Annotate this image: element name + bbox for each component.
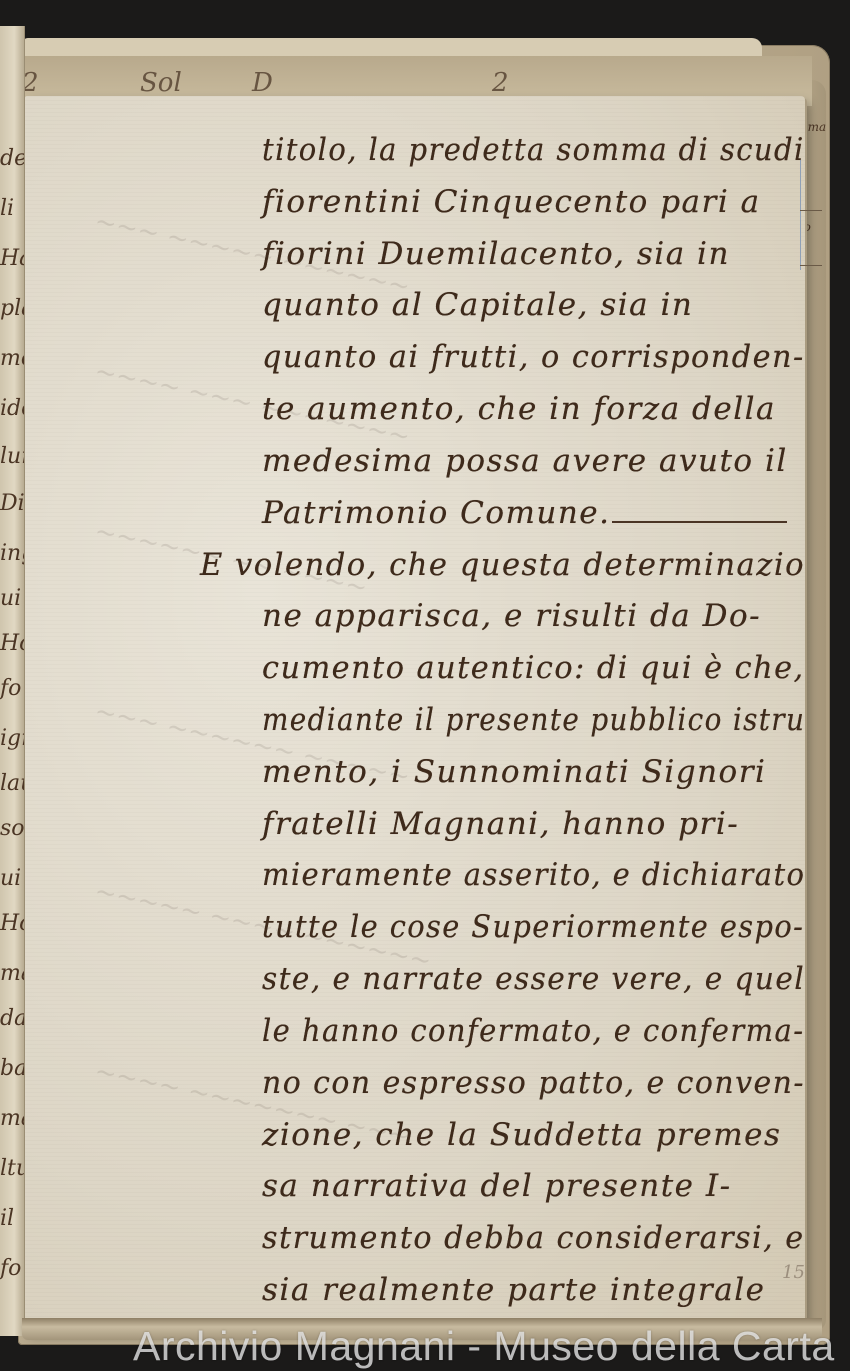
left-page-fragment: Ho: [0, 631, 24, 656]
left-page-fragment: Ho: [0, 911, 24, 936]
left-page-fragment: ma: [0, 1106, 24, 1131]
text-line: no con espresso patto, e conven-: [262, 1065, 805, 1101]
text-line: mieramente asserito, e dichiarato: [262, 857, 805, 893]
text-line: mediante il presente pubblico istru: [262, 702, 805, 738]
text-line: mento, i Sunnominati Signori: [262, 754, 766, 790]
left-page-fragment: igno: [0, 726, 24, 751]
text-line: quanto ai frutti, o corrisponden-: [262, 339, 805, 375]
text-line: medesima possa avere avuto il: [262, 443, 788, 479]
page-stack-top-strip: [22, 38, 762, 56]
left-page-fragment: ba: [0, 1056, 24, 1081]
left-page-fragment: ide: [0, 396, 24, 421]
text-line: zione, che la Suddetta premes: [262, 1117, 781, 1153]
left-page-fragment: Ha: [0, 246, 24, 271]
archive-watermark: Archivio Magnani - Museo della Carta: [133, 1323, 835, 1370]
folio-number: 15: [782, 1262, 805, 1283]
text-line: strumento debba considerarsi, e: [262, 1220, 805, 1256]
margin-rule: [800, 210, 822, 211]
text-line: ste, e narrate essere vere, e quel: [262, 961, 805, 997]
left-page-fragment: Di: [0, 491, 24, 516]
prev-page-fragment: 2: [492, 68, 509, 98]
text-line: cumento autentico: di qui è che,: [262, 650, 805, 686]
left-page-fragment: lau: [0, 771, 24, 796]
left-page-fragment: ui: [0, 866, 24, 891]
text-line: quanto al Capitale, sia in: [262, 287, 693, 323]
text-line: sa narrativa del presente I-: [262, 1168, 732, 1204]
text-line: titolo, la predetta somma di scudi: [262, 132, 805, 168]
text-line: te aumento, che in forza della: [262, 391, 776, 427]
margin-rule: [800, 265, 822, 266]
left-page-fragment: fo: [0, 676, 24, 701]
text-line: fiorentini Cinquecento pari a: [262, 184, 761, 220]
left-page-fragment: ltu: [0, 1156, 24, 1181]
left-page-fragment: sott: [0, 816, 24, 841]
left-page-fragment: ma: [0, 961, 24, 986]
left-page-fragment: li: [0, 196, 24, 221]
left-page-fragment: men: [0, 346, 24, 371]
left-page-fragment: da: [0, 1006, 24, 1031]
left-page-fragment: del: [0, 146, 24, 171]
left-page-fragment: il: [0, 1206, 24, 1231]
left-page-fragment: ing: [0, 541, 24, 566]
adjacent-page-strip: del li Ha pla men ide lum Di ing ui Ho f…: [0, 26, 25, 1336]
text-line: tutte le cose Superiormente espo-: [262, 909, 804, 945]
text-line: fiorini Duemilacento, sia in: [262, 236, 730, 272]
margin-blue-rule: [800, 160, 801, 270]
document-scan: Prima 1o 2 Sol D 2 ~~~ ~~~~~ ~~~~~~ ~~~~…: [0, 0, 850, 1371]
text-line: Patrimonio Comune.: [262, 495, 611, 531]
left-page-fragment: pla: [0, 296, 24, 321]
left-page-fragment: ui: [0, 586, 24, 611]
left-page-fragment: fo: [0, 1256, 24, 1281]
text-line: sia realmente parte integrale: [262, 1272, 765, 1308]
line-filler-dash: [612, 521, 787, 523]
left-page-fragment: lum: [0, 444, 24, 469]
text-line: E volendo, che questa determinazio: [200, 547, 805, 583]
text-line: fratelli Magnani, hanno pri-: [262, 806, 739, 842]
text-line: ne apparisca, e risulti da Do-: [262, 598, 761, 634]
prev-page-fragment: Sol: [140, 68, 182, 98]
text-line: le hanno confermato, e conferma-: [262, 1013, 804, 1049]
prev-page-fragment: D: [252, 68, 273, 98]
